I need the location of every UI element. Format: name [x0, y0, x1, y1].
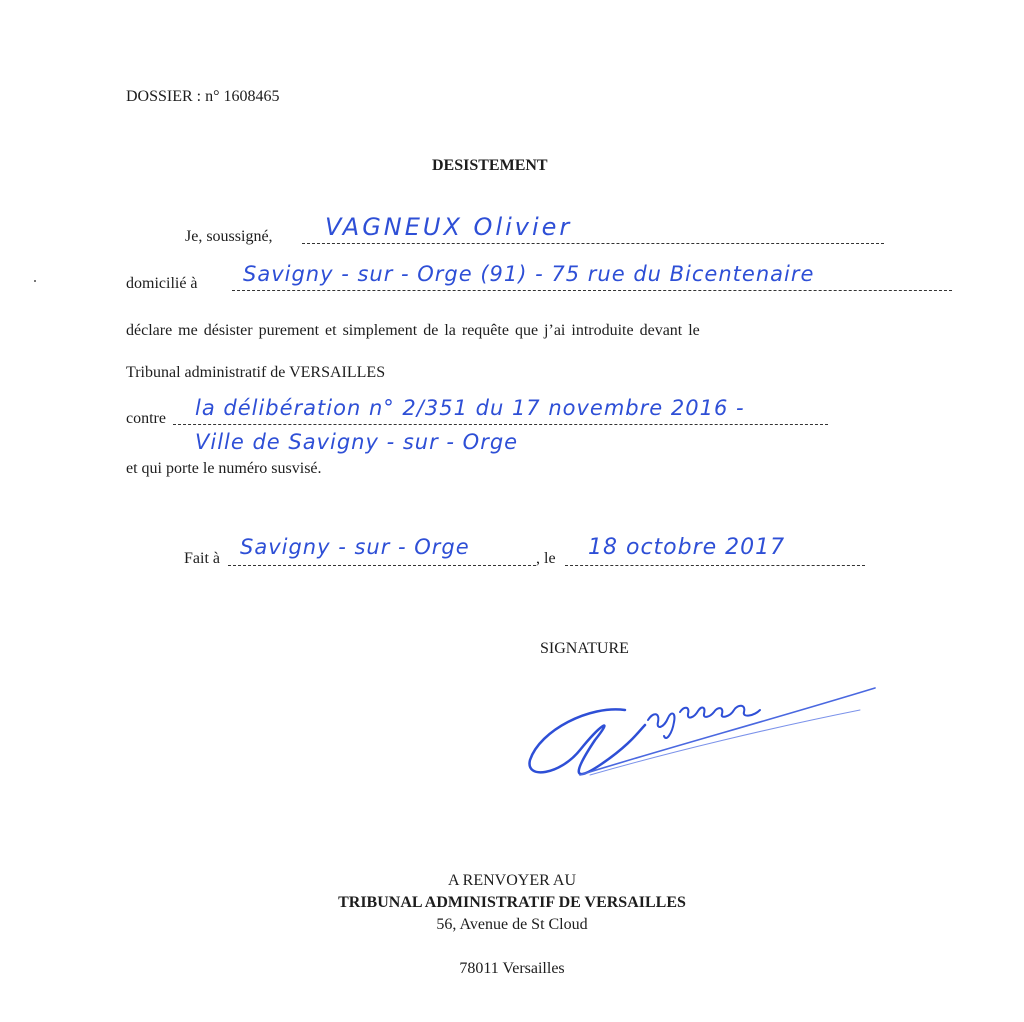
date-field[interactable]: 18 octobre 2017	[588, 535, 785, 560]
contre-field-line	[173, 424, 828, 425]
tribunal-text: Tribunal administratif de VERSAILLES	[126, 364, 385, 382]
name-field[interactable]: VAGNEUX Olivier	[325, 213, 572, 241]
place-field[interactable]: Savigny - sur - Orge	[240, 535, 470, 559]
scan-speck	[34, 280, 36, 282]
declaration-text: déclare me désister purement et simpleme…	[126, 322, 700, 340]
tribunal-city: 78011 Versailles	[0, 960, 1024, 978]
return-label: A RENVOYER AU	[0, 872, 1024, 890]
document-title: DESISTEMENT	[432, 157, 548, 175]
date-field-line	[565, 565, 865, 566]
soussigne-label: Je, soussigné,	[185, 228, 273, 246]
address-field-line	[232, 290, 952, 291]
place-field-line	[228, 565, 536, 566]
tribunal-street: 56, Avenue de St Cloud	[0, 916, 1024, 934]
tribunal-name: TRIBUNAL ADMINISTRATIF DE VERSAILLES	[0, 894, 1024, 912]
address-field[interactable]: Savigny - sur - Orge (91) - 75 rue du Bi…	[243, 262, 814, 286]
domicile-label: domicilié à	[126, 275, 198, 293]
signature-scribble-icon	[520, 680, 880, 790]
closing-text: et qui porte le numéro susvisé.	[126, 460, 322, 478]
contre-field-line1[interactable]: la délibération n° 2/351 du 17 novembre …	[195, 396, 745, 420]
le-label: , le	[536, 550, 556, 568]
contre-field-line2[interactable]: Ville de Savigny - sur - Orge	[195, 430, 518, 454]
signature-label: SIGNATURE	[540, 640, 629, 658]
dossier-number: DOSSIER : n° 1608465	[126, 88, 280, 106]
name-field-line	[302, 243, 884, 244]
fait-label: Fait à	[184, 550, 220, 568]
contre-label: contre	[126, 410, 166, 428]
